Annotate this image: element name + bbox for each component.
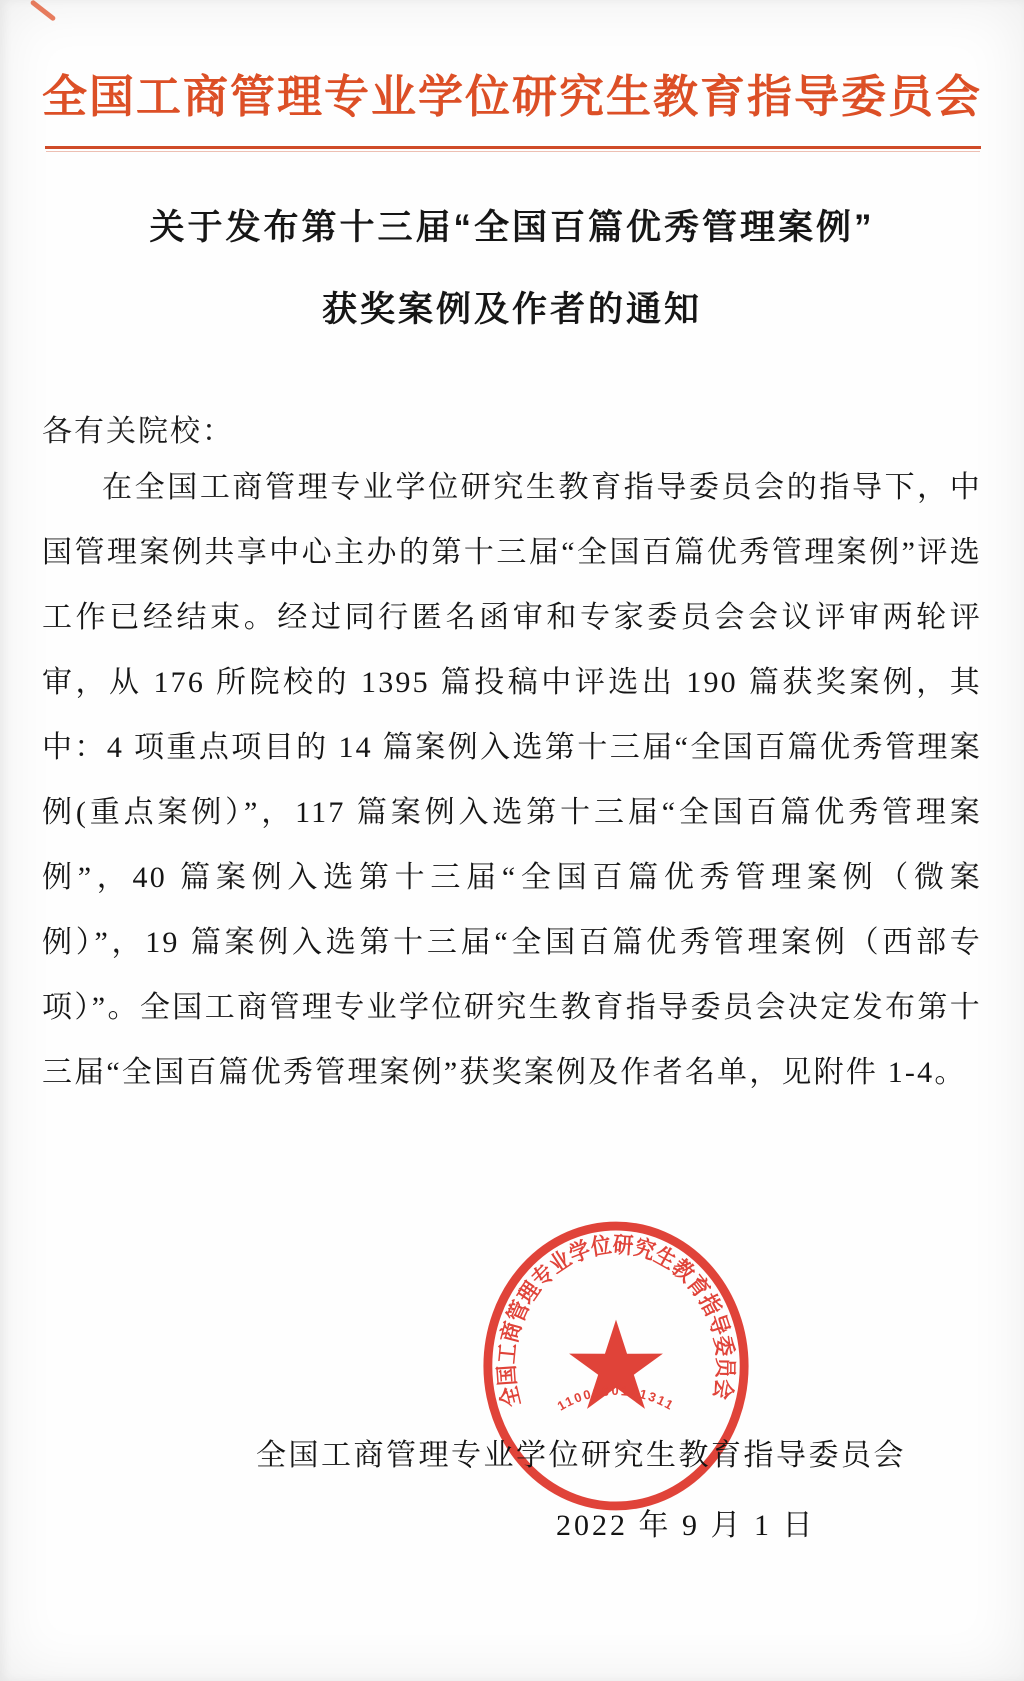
signature-date: 2022 年 9 月 1 日 (556, 1500, 816, 1544)
signature-org-name: 全国工商管理专业学位研究生教育指导委员会 (256, 1430, 906, 1474)
letterhead-divider (45, 146, 981, 149)
document-title-line1: 关于发布第十三届“全国百篇优秀管理案例” (0, 200, 1024, 250)
notice-body-paragraph: 在全国工商管理专业学位研究生教育指导委员会的指导下，中国管理案例共享中心主办的第… (42, 455, 982, 1105)
svg-text:1100000141311: 1100000141311 (555, 1383, 678, 1413)
letterhead-org-name: 全国工商管理专业学位研究生教育指导委员会 (0, 60, 1024, 125)
scanned-notice-document: 全国工商管理专业学位研究生教育指导委员会 关于发布第十三届“全国百篇优秀管理案例… (0, 0, 1024, 1681)
scan-mark (30, 0, 57, 22)
document-title-line2: 获奖案例及作者的通知 (0, 282, 1024, 332)
salutation: 各有关院校： (42, 406, 234, 450)
seal-serial-number: 1100000141311 (555, 1383, 678, 1413)
